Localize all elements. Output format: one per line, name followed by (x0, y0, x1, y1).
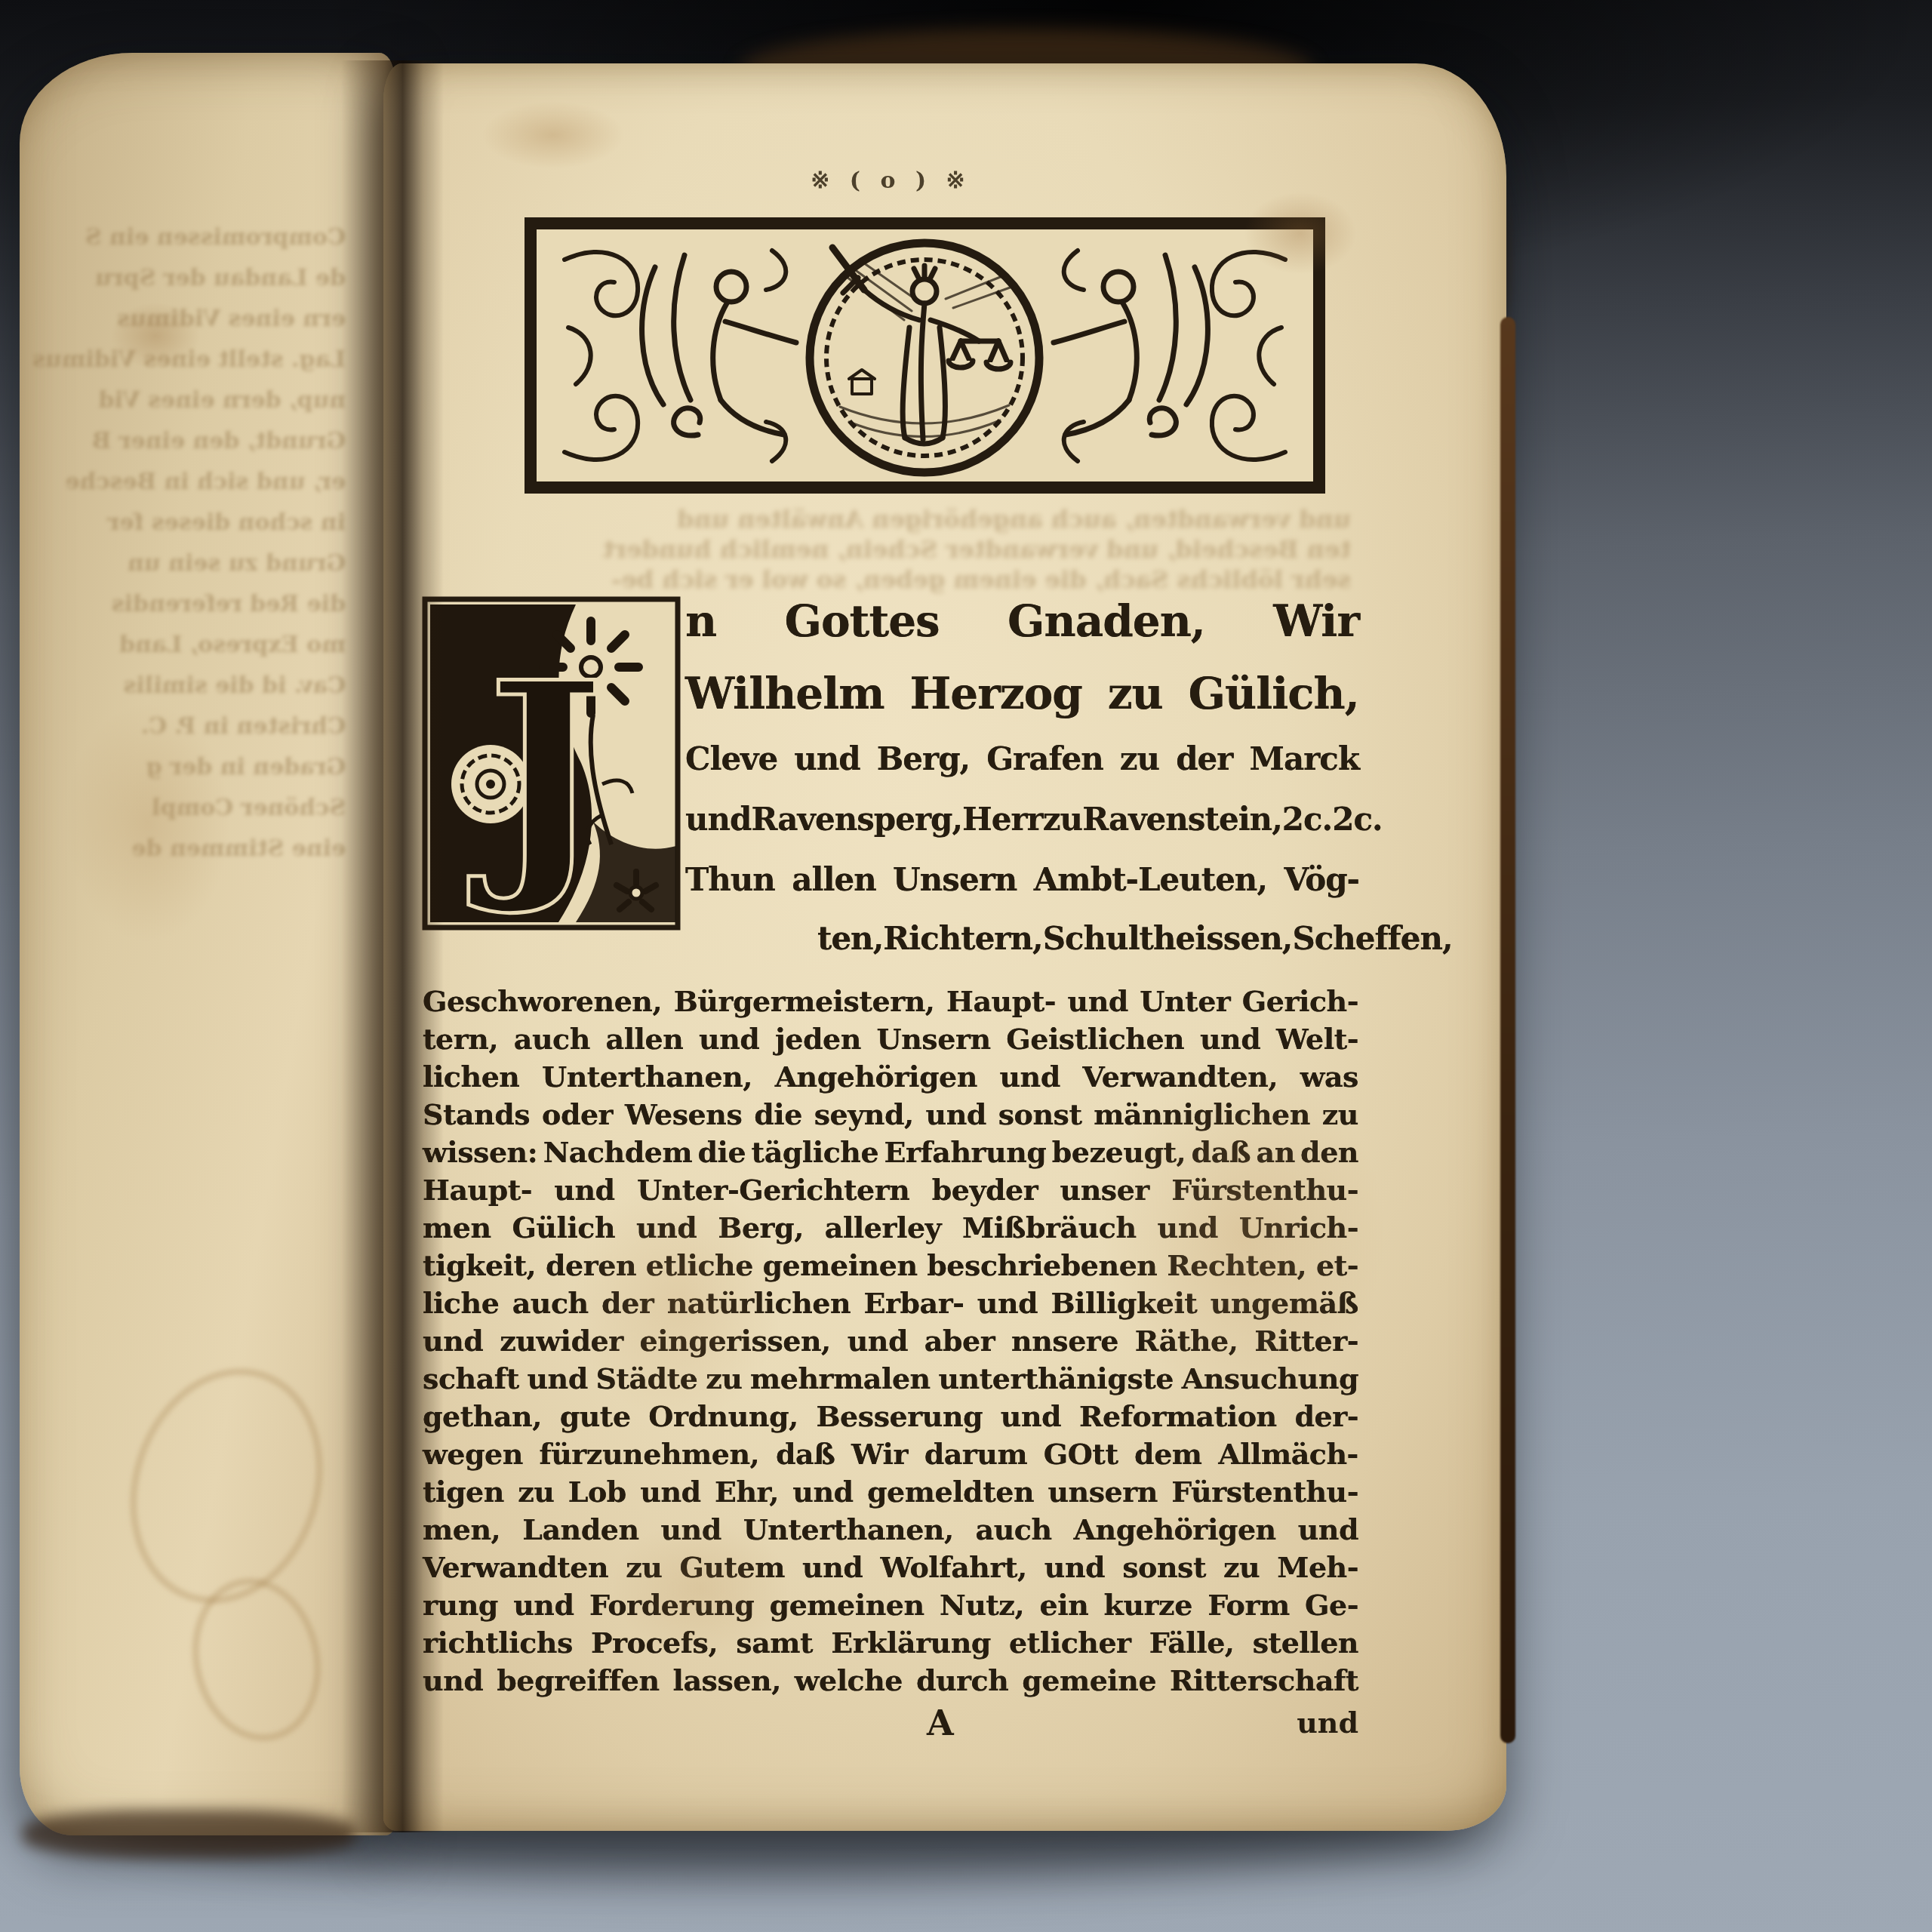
headpiece-woodcut-icon (523, 214, 1327, 497)
text-line: richtlichsProcefs,samtErklärungetlicherF… (423, 1626, 1358, 1663)
leather-cover-edge (23, 1810, 355, 1858)
footer-row: A und (423, 1703, 1358, 1755)
text-line: WilhelmHerzogzuGülich, (685, 668, 1359, 740)
showthrough-line: sehr löblichs Sach, die einem geben, so … (527, 565, 1351, 595)
showthrough-line: ten Bescheid, und verwandter Schein, nem… (527, 534, 1351, 565)
showthrough-line: und verwandten, auch angehörigen Anwälte… (527, 504, 1351, 534)
text-line: ten,Richtern,Schultheissen,Scheffen, (817, 920, 1359, 979)
folio-ornament-mark: ※ ( o ) ※ (425, 168, 1357, 194)
justice-medallion-icon (810, 243, 1039, 472)
text-line: undRavensperg,HerrzuRavenstein,2c.2c. (685, 801, 1359, 861)
showthrough-line: Grundt, den einer B (65, 421, 346, 462)
drop-cap-initial-woodcut: J (421, 595, 681, 931)
showthrough-line: eine Stimmen de (65, 829, 346, 869)
left-page-showthrough-text: Compromissen ein Sde Landau der Spruern … (65, 217, 346, 869)
showthrough-line: Schöner Compl (65, 788, 346, 829)
showthrough-line: Christen in P. C. (65, 706, 346, 747)
body-text-block: Geschworenen,Bürgermeistern,Haupt-undUnt… (423, 984, 1358, 1701)
showthrough-line: Cav. id die similis (65, 666, 346, 706)
text-line: lichenUnterthanen,AngehörigenundVerwandt… (423, 1060, 1358, 1097)
text-line: gethan,guteOrdnung,BesserungundReformati… (423, 1399, 1358, 1437)
text-line: nGottesGnaden,Wir (685, 595, 1359, 668)
leather-fore-edge (1500, 317, 1515, 1743)
showthrough-line: in schon dieses fer (65, 503, 346, 543)
right-page-showthrough-text: und verwandten, auch angehörigen Anwälte… (527, 504, 1351, 595)
text-line: wegenfürzunehmen,daßWirdarumGOttdemAllmä… (423, 1437, 1358, 1475)
right-page: ※ ( o ) ※ (383, 63, 1506, 1831)
signature-mark: A (927, 1703, 954, 1743)
text-line: StandsoderWesensdieseynd,undsonstmännigl… (423, 1097, 1358, 1135)
text-line: wissen:NachdemdietäglicheErfahrungbezeug… (423, 1135, 1358, 1173)
showthrough-line: er, und sich in Besche (65, 462, 346, 503)
showthrough-line: Graden in der g (65, 747, 346, 788)
showthrough-line: nup, dern eines Vid (65, 380, 346, 421)
catchword: und (1297, 1706, 1358, 1740)
text-line: VerwandtenzuGutemundWolfahrt,undsonstzuM… (423, 1550, 1358, 1588)
text-line: schaftundStädtezumehrmalenunterthänigste… (423, 1361, 1358, 1399)
opening-lines: nGottesGnaden,WirWilhelmHerzogzuGülich,C… (685, 595, 1359, 979)
showthrough-line: de Landau der Spru (65, 258, 346, 299)
foxing-spot (481, 101, 625, 169)
text-line: undbegreiffenlassen,welchedurchgemeineRi… (423, 1663, 1358, 1701)
showthrough-line: mo Expreso, Land (65, 625, 346, 666)
text-line: CleveundBerg,GrafenzuderMarck (685, 740, 1359, 801)
text-line: menGülichundBerg,allerleyMißbräuchundUnr… (423, 1211, 1358, 1248)
photo-of-open-antique-book: Compromissen ein Sde Landau der Spruern … (0, 0, 1932, 1932)
text-line: rungundForderunggemeinenNutz,einkurzeFor… (423, 1588, 1358, 1626)
text-line: men,LandenundUnterthanen,auchAngehörigen… (423, 1512, 1358, 1550)
book-gutter-shadow (341, 60, 444, 1832)
showthrough-line: Lag. stellt eines Vidimus (65, 340, 346, 380)
showthrough-line: Compromissen ein S (65, 217, 346, 258)
drop-cap-letter: J (467, 627, 605, 920)
text-line: tern,auchallenundjedenUnsernGeistlichenu… (423, 1022, 1358, 1060)
showthrough-line: ern eines Vidimus (65, 299, 346, 340)
showthrough-line: Grund zu sein un (65, 543, 346, 584)
text-line: Haupt-undUnter-GerichternbeyderunserFürs… (423, 1173, 1358, 1211)
text-line: licheauchdernatürlichenErbar-undBilligke… (423, 1286, 1358, 1324)
showthrough-line: die Red referendis (65, 584, 346, 625)
text-line: tigenzuLobundEhr,undgemeldtenunsernFürst… (423, 1475, 1358, 1512)
left-page: Compromissen ein Sde Landau der Spruern … (20, 53, 394, 1835)
text-line: Geschworenen,Bürgermeistern,Haupt-undUnt… (423, 984, 1358, 1022)
text-line: undzuwidereingerissen,undabernnsereRäthe… (423, 1324, 1358, 1361)
text-line: ThunallenUnsernAmbt-Leuten,Vög- (685, 861, 1359, 920)
text-line: tigkeit,derenetlichegemeinenbeschriebene… (423, 1248, 1358, 1286)
